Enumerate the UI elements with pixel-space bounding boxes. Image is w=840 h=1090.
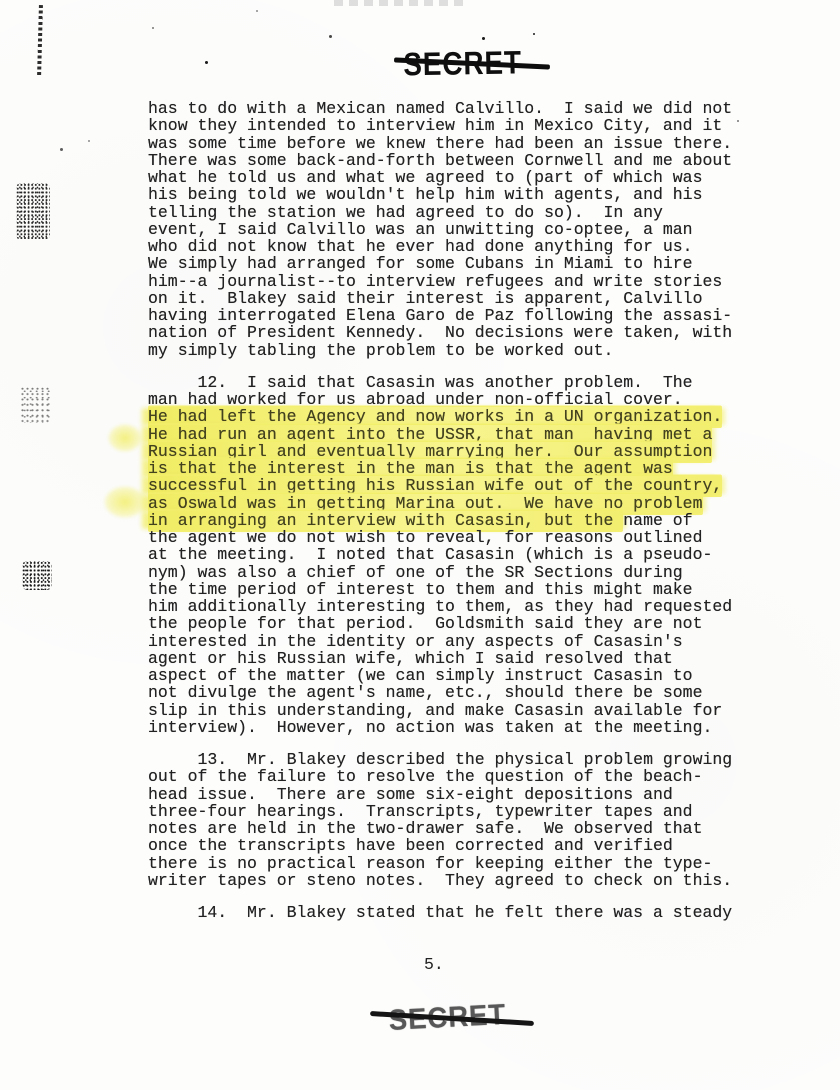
text-line: nation of President Kennedy. No decision… (148, 324, 788, 341)
text-line: 12. I said that Casasin was another prob… (148, 374, 788, 391)
text-line: the agent we do not wish to reveal, for … (148, 529, 788, 546)
text-line: at the meeting. I noted that Casasin (wh… (148, 546, 788, 563)
text-line: There was some back-and-forth between Co… (148, 152, 788, 169)
paragraph-continuation: has to do with a Mexican named Calvillo.… (148, 100, 788, 359)
text-line: He had left the Agency and now works in … (148, 408, 788, 425)
paragraph-14: 14. Mr. Blakey stated that he felt there… (148, 904, 788, 921)
scan-artifact-speckle-blob (16, 183, 50, 240)
text-line: was some time before we knew there had b… (148, 135, 788, 152)
text-line: having interrogated Elena Garo de Paz fo… (148, 307, 788, 324)
text-line: who did not know that he ever had done a… (148, 238, 788, 255)
text-line: know they intended to interview him in M… (148, 117, 788, 134)
scan-speck (482, 37, 485, 40)
text-line: what he told us and what we agreed to (p… (148, 169, 788, 186)
text-line: man had worked for us abroad under non-o… (148, 391, 788, 408)
text-line: once the transcripts have been corrected… (148, 837, 788, 854)
scan-speck (152, 27, 154, 29)
text-line: three-four hearings. Transcripts, typewr… (148, 803, 788, 820)
text-line: nym) was also a chief of one of the SR S… (148, 564, 788, 581)
text-line: him--a journalist--to interview refugees… (148, 273, 788, 290)
text-line: not divulge the agent's name, etc., shou… (148, 684, 788, 701)
highlighted-text: He had left the Agency and now works in … (148, 407, 722, 426)
scan-speck (329, 35, 332, 38)
scan-speck (256, 10, 258, 12)
text-line: We simply had arranged for some Cubans i… (148, 255, 788, 272)
text-line: agent or his Russian wife, which I said … (148, 650, 788, 667)
highlighter-smudge (104, 486, 146, 518)
text-line: successful in getting his Russian wife o… (148, 477, 788, 494)
scanned-document-page: SECRET has to do with a Mexican named Ca… (0, 0, 840, 1090)
text-line: interested in the identity or any aspect… (148, 633, 788, 650)
scan-artifact-speckle-blob (20, 386, 51, 423)
paragraph-12: 12. I said that Casasin was another prob… (148, 374, 788, 736)
text-line: the people for that period. Goldsmith sa… (148, 615, 788, 632)
text-line: telling the station we had agreed to do … (148, 204, 788, 221)
text-line: my simply tabling the problem to be work… (148, 342, 788, 359)
text-line: in arranging an interview with Casasin, … (148, 512, 788, 529)
text-line: as Oswald was in getting Marina out. We … (148, 495, 788, 512)
scan-speck (88, 140, 90, 142)
text-line: 14. Mr. Blakey stated that he felt there… (148, 904, 788, 921)
text-line: He had run an agent into the USSR, that … (148, 426, 788, 443)
text-line: aspect of the matter (we can simply inst… (148, 667, 788, 684)
text-line: writer tapes or steno notes. They agreed… (148, 872, 788, 889)
text-line: is that the interest in the man is that … (148, 460, 788, 477)
text-line: his being told we wouldn't help him with… (148, 186, 788, 203)
document-text: has to do with a Mexican named Calvillo.… (148, 100, 788, 936)
text-line: interview). However, no action was taken… (148, 719, 788, 736)
text-line: notes are held in the two-drawer safe. W… (148, 820, 788, 837)
paragraph-13: 13. Mr. Blakey described the physical pr… (148, 751, 788, 889)
scan-speck (205, 61, 208, 64)
scan-artifact-dashed-line (37, 5, 43, 77)
text-line: 13. Mr. Blakey described the physical pr… (148, 751, 788, 768)
text-line: there is no practical reason for keeping… (148, 855, 788, 872)
scan-artifact-speckle-blob (22, 561, 52, 590)
text-line: out of the failure to resolve the questi… (148, 768, 788, 785)
highlighted-text: He had run an agent into the USSR, that … (148, 425, 712, 444)
scan-artifact-cutoff-text (334, 0, 468, 6)
text-line: the time period of interest to them and … (148, 581, 788, 598)
highlighted-text: Russian girl and eventually marrying her… (148, 442, 712, 461)
highlighted-text: as Oswald was in getting Marina out. We … (148, 494, 703, 513)
text-line: on it. Blakey said their interest is app… (148, 290, 788, 307)
text-line: head issue. There are some six-eight dep… (148, 786, 788, 803)
highlighted-text: in arranging an interview with Casasin, … (148, 511, 623, 530)
page-number: 5. (424, 955, 444, 974)
text-line: him additionally interesting to them, as… (148, 598, 788, 615)
text-line: slip in this understanding, and make Cas… (148, 702, 788, 719)
text-line: event, I said Calvillo was an unwitting … (148, 221, 788, 238)
scan-speck (60, 148, 63, 151)
text-line: Russian girl and eventually marrying her… (148, 443, 788, 460)
scan-speck (533, 33, 535, 35)
highlighter-smudge (108, 424, 142, 452)
text-line: has to do with a Mexican named Calvillo.… (148, 100, 788, 117)
highlighted-text: successful in getting his Russian wife o… (148, 476, 722, 495)
